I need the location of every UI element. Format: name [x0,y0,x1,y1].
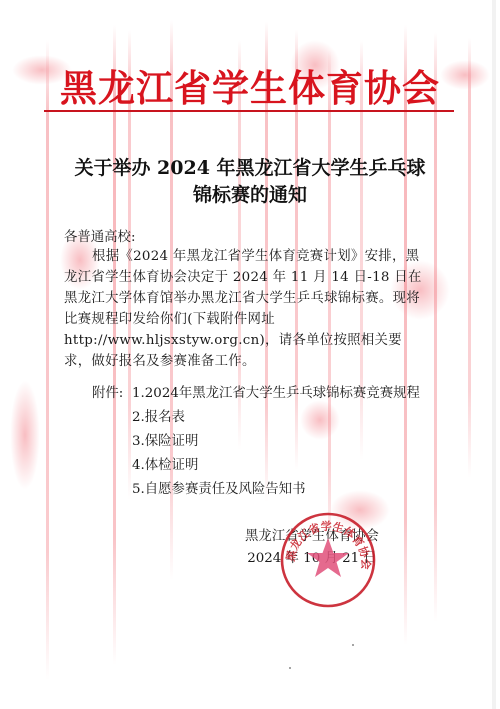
attachments-label: 附件: [92,382,123,401]
scan-speck [289,667,291,669]
document-title-line1: 关于举办 2024 年黑龙江省大学生乒乓球 [30,153,470,180]
attachment-item: 3.保险证明 [132,430,198,449]
masthead-organization: 黑龙江省学生体育协会 [44,58,456,112]
star-icon [307,538,349,577]
document-title-line2: 锦标赛的通知 [30,180,470,207]
body-paragraph: 根据《2024 年黑龙江省学生体育竞赛计划》安排，黑龙江省学生体育协会决定于 2… [64,246,424,372]
attachment-item: 2.报名表 [132,406,185,425]
scan-speck [352,644,354,646]
attachment-item: 5.自愿参赛责任及风险告知书 [132,478,305,497]
masthead-rule [44,110,454,112]
salutation: 各普通高校: [64,226,135,245]
attachment-item: 4.体检证明 [132,454,198,473]
document-page: 黑龙江省学生体育协会 关于举办 2024 年黑龙江省大学生乒乓球 锦标赛的通知 … [0,0,496,709]
attachment-item: 1.2024年黑龙江省大学生乒乓球锦标赛竞赛规程 [132,382,420,401]
official-seal-icon: 黑龙江省学生体育协会 [278,508,378,610]
